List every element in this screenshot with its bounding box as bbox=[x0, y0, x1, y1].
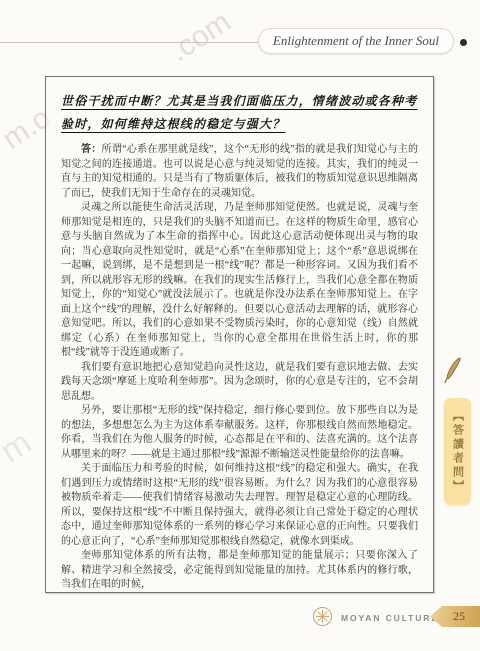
section-tab-label: 【答讀者問】 bbox=[450, 410, 466, 494]
answer-paragraph: 答：所谓“心系在那里就是线”，这个“无形的线”指的就是我们知觉心与主的知觉之间的… bbox=[61, 143, 418, 201]
qa-content-box: 世俗干扰而中断？尤其是当我们面临压力，情绪波动或各种考验时，如何维持这根线的稳定… bbox=[45, 76, 434, 593]
answer-paragraph: 我们要有意识地把心意知觉趋向灵性这边，就是我们要有意识地去做、去实践每天念颂“摩… bbox=[61, 361, 418, 405]
page-number-ribbon: 25 bbox=[430, 606, 480, 627]
quill-icon bbox=[441, 356, 465, 386]
dot-icon bbox=[460, 39, 467, 46]
answer-paragraph: 奎师那知觉体系的所有法物，都是奎师那知觉的能量展示；只要你深入了解、精进学习和全… bbox=[61, 549, 418, 593]
question-text: 世俗干扰而中断？尤其是当我们面临压力，情绪波动或各种考验时，如何维持这根线的稳定… bbox=[61, 90, 418, 136]
brand-wordmark: MOYAN CULTURE bbox=[341, 613, 439, 623]
answer-paragraph: 灵魂之所以能使生命活灵活现，乃是奎师那知觉使然。也就是说，灵魂与奎师那知觉是相连… bbox=[61, 201, 418, 361]
answer-paragraph: 关于面临压力和考验的时候，如何维持这根“线”的稳定和强大。确实，在我们遇到压力或… bbox=[61, 462, 418, 549]
watermark-fragment: .com bbox=[164, 5, 237, 69]
header-rule-line bbox=[0, 42, 288, 43]
asterisk-star-circle-icon bbox=[312, 606, 333, 627]
answer-paragraph: 另外，要让那根“无形的线”保持稳定，细行修心要到位。放下那些自以为是的想法，多想… bbox=[61, 404, 418, 462]
watermark-fragment: m bbox=[0, 423, 39, 471]
book-page: .com m.o m Enlightenment of the Inner So… bbox=[0, 0, 480, 651]
header-title-badge: Enlightenment of the Inner Soul bbox=[258, 28, 454, 54]
answer-lead-label: 答： bbox=[81, 144, 102, 155]
section-tab-answering-readers: 【答讀者問】 bbox=[444, 398, 471, 505]
